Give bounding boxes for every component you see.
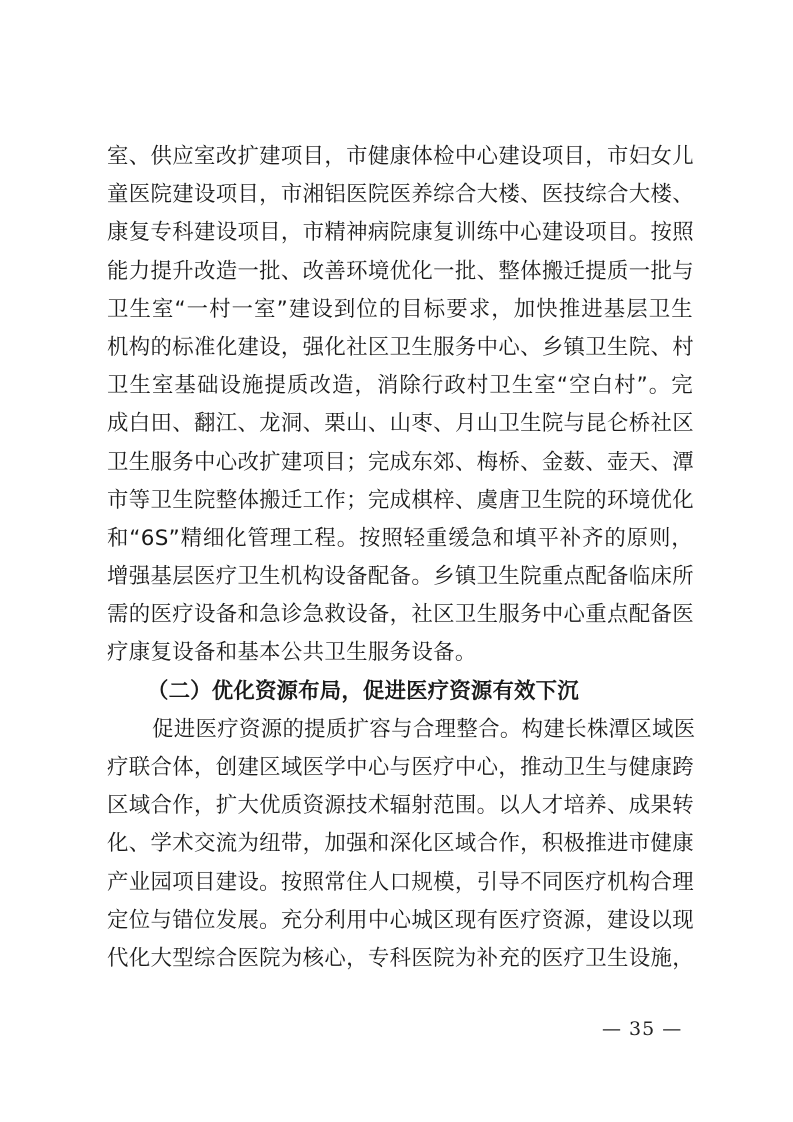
text-line: 区域合作，扩大优质资源技术辐射范围。以人才培养、成果转 — [107, 787, 693, 825]
text-line: 能力提升改造一批、改善环境优化一批、整体搬迁提质一批与 — [107, 253, 693, 291]
text-line: 产业园项目建设。按照常住人口规模，引导不同医疗机构合理 — [107, 864, 693, 902]
document-page: 室、供应室改扩建项目，市健康体检中心建设项目，市妇女儿 童医院建设项目，市湘铝医… — [0, 0, 793, 1122]
text-line: 室、供应室改扩建项目，市健康体检中心建设项目，市妇女儿 — [107, 138, 693, 176]
text-line: 卫生室“一村一室”建设到位的目标要求，加快推进基层卫生 — [107, 291, 693, 329]
text-line: 机构的标准化建设，强化社区卫生服务中心、乡镇卫生院、村 — [107, 329, 693, 367]
text-line: 需的医疗设备和急诊急救设备，社区卫生服务中心重点配备医 — [107, 596, 693, 634]
paragraph-1: 室、供应室改扩建项目，市健康体检中心建设项目，市妇女儿 童医院建设项目，市湘铝医… — [107, 138, 693, 673]
text-line: 疗康复设备和基本公共卫生服务设备。 — [107, 634, 693, 672]
text-line: 卫生服务中心改扩建项目；完成东郊、梅桥、金薮、壶天、潭 — [107, 444, 693, 482]
text-line: 化、学术交流为纽带，加强和深化区域合作，积极推进市健康 — [107, 825, 693, 863]
text-line: 成白田、翻江、龙洞、栗山、山枣、月山卫生院与昆仑桥社区 — [107, 405, 693, 443]
text-line: 增强基层医疗卫生机构设备配备。乡镇卫生院重点配备临床所 — [107, 558, 693, 596]
page-number: — 35 — — [602, 1018, 682, 1040]
text-line: 促进医疗资源的提质扩容与合理整合。构建长株潭区域医 — [107, 711, 693, 749]
text-line: 疗联合体，创建区域医学中心与医疗中心，推动卫生与健康跨 — [107, 749, 693, 787]
paragraph-2: 促进医疗资源的提质扩容与合理整合。构建长株潭区域医 疗联合体，创建区域医学中心与… — [107, 711, 693, 978]
text-line: 定位与错位发展。充分利用中心城区现有医疗资源，建设以现 — [107, 902, 693, 940]
text-line: 代化大型综合医院为核心，专科医院为补充的医疗卫生设施， — [107, 940, 693, 978]
text-line: 康复专科建设项目，市精神病院康复训练中心建设项目。按照 — [107, 214, 693, 252]
text-line: 童医院建设项目，市湘铝医院医养综合大楼、医技综合大楼、 — [107, 176, 693, 214]
section-heading: （二）优化资源布局，促进医疗资源有效下沉 — [107, 673, 693, 711]
body-text: 室、供应室改扩建项目，市健康体检中心建设项目，市妇女儿 童医院建设项目，市湘铝医… — [107, 138, 693, 978]
text-line: 卫生室基础设施提质改造，消除行政村卫生室“空白村”。完 — [107, 367, 693, 405]
text-line: 市等卫生院整体搬迁工作；完成棋梓、虞唐卫生院的环境优化 — [107, 482, 693, 520]
text-line: 和“6S”精细化管理工程。按照轻重缓急和填平补齐的原则， — [107, 520, 693, 558]
